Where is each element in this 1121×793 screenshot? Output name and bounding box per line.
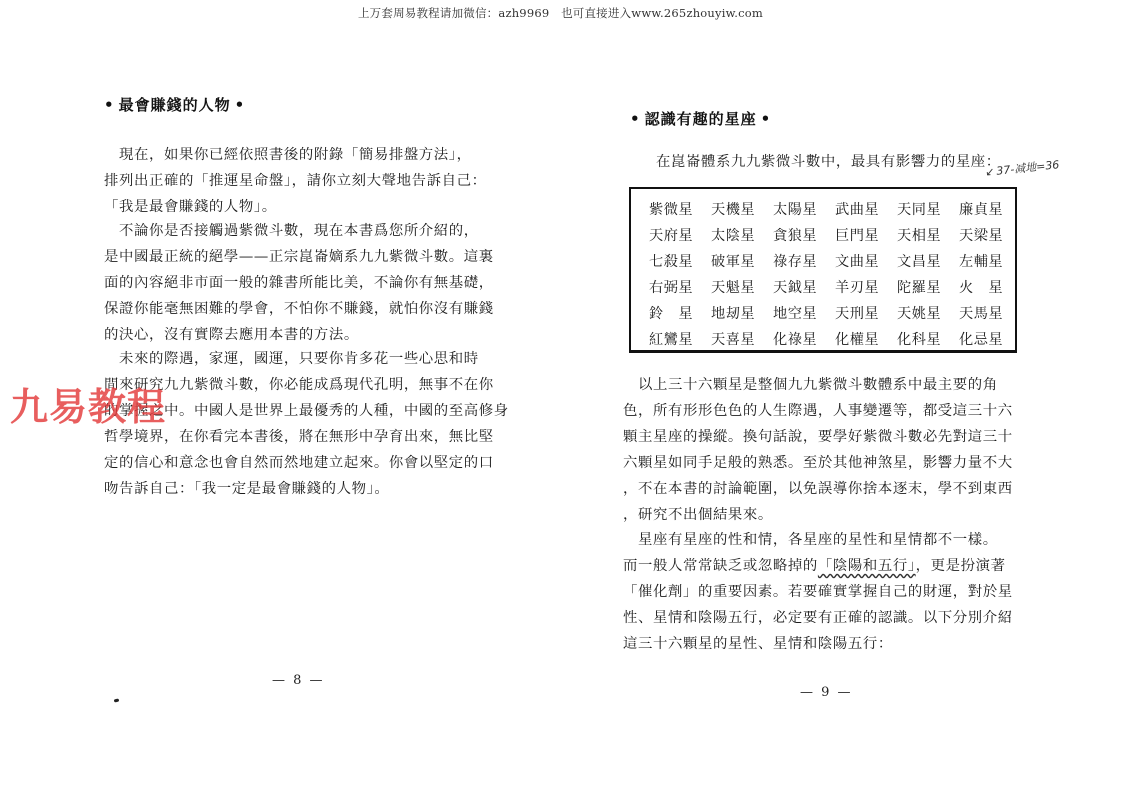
watermark-stamp: 九易教程 [10, 376, 166, 431]
note-text: 37-减地=36 [996, 158, 1060, 178]
paragraph: 現在，如果你已經依照書後的附錄「簡易排盤方法」， 排列出正確的「推運星命盤」，請… [104, 142, 487, 220]
star-cell: 陀羅星 [897, 275, 959, 301]
star-table: 紫微星 天機星 太陽星 武曲星 天同星 廉貞星 天府星 太陰星 貪狼星 巨門星 … [629, 187, 1017, 353]
text-line: 是中國最正統的絕學——正宗崑崙嫡系九九紫微斗數。這裏 [104, 244, 494, 270]
text-line: 現在，如果你已經依照書後的附錄「簡易排盤方法」， [104, 142, 487, 168]
star-cell: 祿存星 [773, 249, 835, 275]
star-cell: 化科星 [897, 327, 959, 353]
section-heading: •最會賺錢的人物• [100, 94, 249, 115]
star-cell: 天機星 [711, 197, 773, 223]
star-cell: 化忌星 [959, 327, 1021, 353]
star-cell: 武曲星 [835, 197, 897, 223]
text-line: 吻告訴自己：「我一定是最會賺錢的人物」。 [104, 476, 509, 502]
heading-text: 最會賺錢的人物 [119, 96, 231, 114]
text-line: 性、星情和陰陽五行，必定要有正確的認識。以下分別介紹 [623, 605, 1013, 631]
star-cell: 七殺星 [649, 249, 711, 275]
star-cell: 化權星 [835, 327, 897, 353]
arrow-icon: ↙ [985, 165, 996, 179]
star-cell: 左輔星 [959, 249, 1021, 275]
star-cell: 太陽星 [773, 197, 835, 223]
section-heading: •認識有趣的星座• [626, 108, 775, 129]
paragraph: 星座有星座的性和情，各星座的星性和星情都不一樣。 而一般人常常缺乏或忽略掉的「陰… [623, 527, 1013, 657]
text-line: ，不在本書的討論範圍，以免誤導你捨本逐末，學不到東西 [623, 476, 1013, 502]
star-cell: 右弼星 [649, 275, 711, 301]
left-page: •最會賺錢的人物• 現在，如果你已經依照書後的附錄「簡易排盤方法」， 排列出正確… [0, 0, 560, 793]
text-segment: 而一般人常常缺乏或忽略掉的 [623, 558, 818, 574]
star-cell: 地空星 [773, 301, 835, 327]
text-line: 在崑崙體系九九紫微斗數中，最具有影響力的星座： [656, 149, 1001, 175]
star-cell: 紫微星 [649, 197, 711, 223]
bullet-icon: • [104, 96, 115, 114]
text-line: 排列出正確的「推運星命盤」，請你立刻大聲地告訴自己： [104, 168, 487, 194]
bullet-icon: • [235, 96, 246, 114]
text-line: 「催化劑」的重要因素。若要確實掌握自己的財運，對於星 [623, 579, 1013, 605]
star-cell: 文曲星 [835, 249, 897, 275]
text-line: 色，所有形形色色的人生際遇，人事變遷等，都受這三十六 [623, 398, 1013, 424]
bullet-icon: • [630, 110, 641, 128]
star-cell: 天姚星 [897, 301, 959, 327]
text-line: 面的內容絕非市面一般的雜書所能比美，不論你有無基礎， [104, 270, 494, 296]
bullet-icon: • [761, 110, 772, 128]
heading-text: 認識有趣的星座 [645, 110, 757, 128]
text-line: 六顆星如同手足般的熟悉。至於其他神煞星，影響力量不大 [623, 450, 1013, 476]
star-grid: 紫微星 天機星 太陽星 武曲星 天同星 廉貞星 天府星 太陰星 貪狼星 巨門星 … [649, 197, 1015, 353]
page-number: — 8 — [272, 673, 325, 688]
star-cell: 天同星 [897, 197, 959, 223]
star-cell: 天鉞星 [773, 275, 835, 301]
star-cell: 天府星 [649, 223, 711, 249]
star-cell: 天刑星 [835, 301, 897, 327]
text-line: 未來的際遇，家運，國運，只要你肯多花一些心思和時 [104, 346, 509, 372]
star-cell: 破軍星 [711, 249, 773, 275]
text-line: 不論你是否接觸過紫微斗數，現在本書爲您所介紹的， [104, 218, 494, 244]
star-cell: 紅鸞星 [649, 327, 711, 353]
text-line: 以上三十六顆星是整個九九紫微斗數體系中最主要的角 [623, 372, 1013, 398]
star-cell: 廉貞星 [959, 197, 1021, 223]
text-line: 的決心，沒有實際去應用本書的方法。 [104, 322, 494, 348]
text-line: ，研究不出個結果來。 [623, 502, 1013, 528]
star-cell: 文昌星 [897, 249, 959, 275]
text-segment: ，更是扮演著 [916, 558, 1006, 574]
intro-text: 在崑崙體系九九紫微斗數中，最具有影響力的星座： [656, 149, 1001, 175]
star-cell: 火 星 [959, 275, 1021, 301]
page-number: — 9 — [800, 685, 853, 700]
star-cell: 天喜星 [711, 327, 773, 353]
scan-speck [114, 698, 120, 702]
text-line: 保證你能毫無困難的學會，不怕你不賺錢，就怕你沒有賺錢 [104, 296, 494, 322]
star-cell: 地刼星 [711, 301, 773, 327]
underlined-phrase: 「陰陽和五行」 [818, 558, 916, 574]
text-line: 定的信心和意念也會自然而然地建立起來。你會以堅定的口 [104, 450, 509, 476]
paragraph: 以上三十六顆星是整個九九紫微斗數體系中最主要的角 色，所有形形色色的人生際遇，人… [623, 372, 1013, 528]
text-line: 顆主星座的操縱。換句話說，要學好紫微斗數必先對這三十 [623, 424, 1013, 450]
star-cell: 天馬星 [959, 301, 1021, 327]
star-cell: 天魁星 [711, 275, 773, 301]
text-line: 「我是最會賺錢的人物」。 [104, 194, 487, 220]
star-cell: 羊刃星 [835, 275, 897, 301]
paragraph: 不論你是否接觸過紫微斗數，現在本書爲您所介紹的， 是中國最正統的絕學——正宗崑崙… [104, 218, 494, 348]
star-cell: 巨門星 [835, 223, 897, 249]
star-cell: 天相星 [897, 223, 959, 249]
star-cell: 貪狼星 [773, 223, 835, 249]
star-cell: 鈴 星 [649, 301, 711, 327]
star-cell: 化祿星 [773, 327, 835, 353]
text-line: 這三十六顆星的星性、星情和陰陽五行： [623, 631, 1013, 657]
text-line: 而一般人常常缺乏或忽略掉的「陰陽和五行」，更是扮演著 [623, 553, 1013, 579]
right-page: •認識有趣的星座• 在崑崙體系九九紫微斗數中，最具有影響力的星座： ↙37-减地… [560, 0, 1121, 793]
text-line: 星座有星座的性和情，各星座的星性和星情都不一樣。 [623, 527, 1013, 553]
star-cell: 天梁星 [959, 223, 1021, 249]
star-cell: 太陰星 [711, 223, 773, 249]
